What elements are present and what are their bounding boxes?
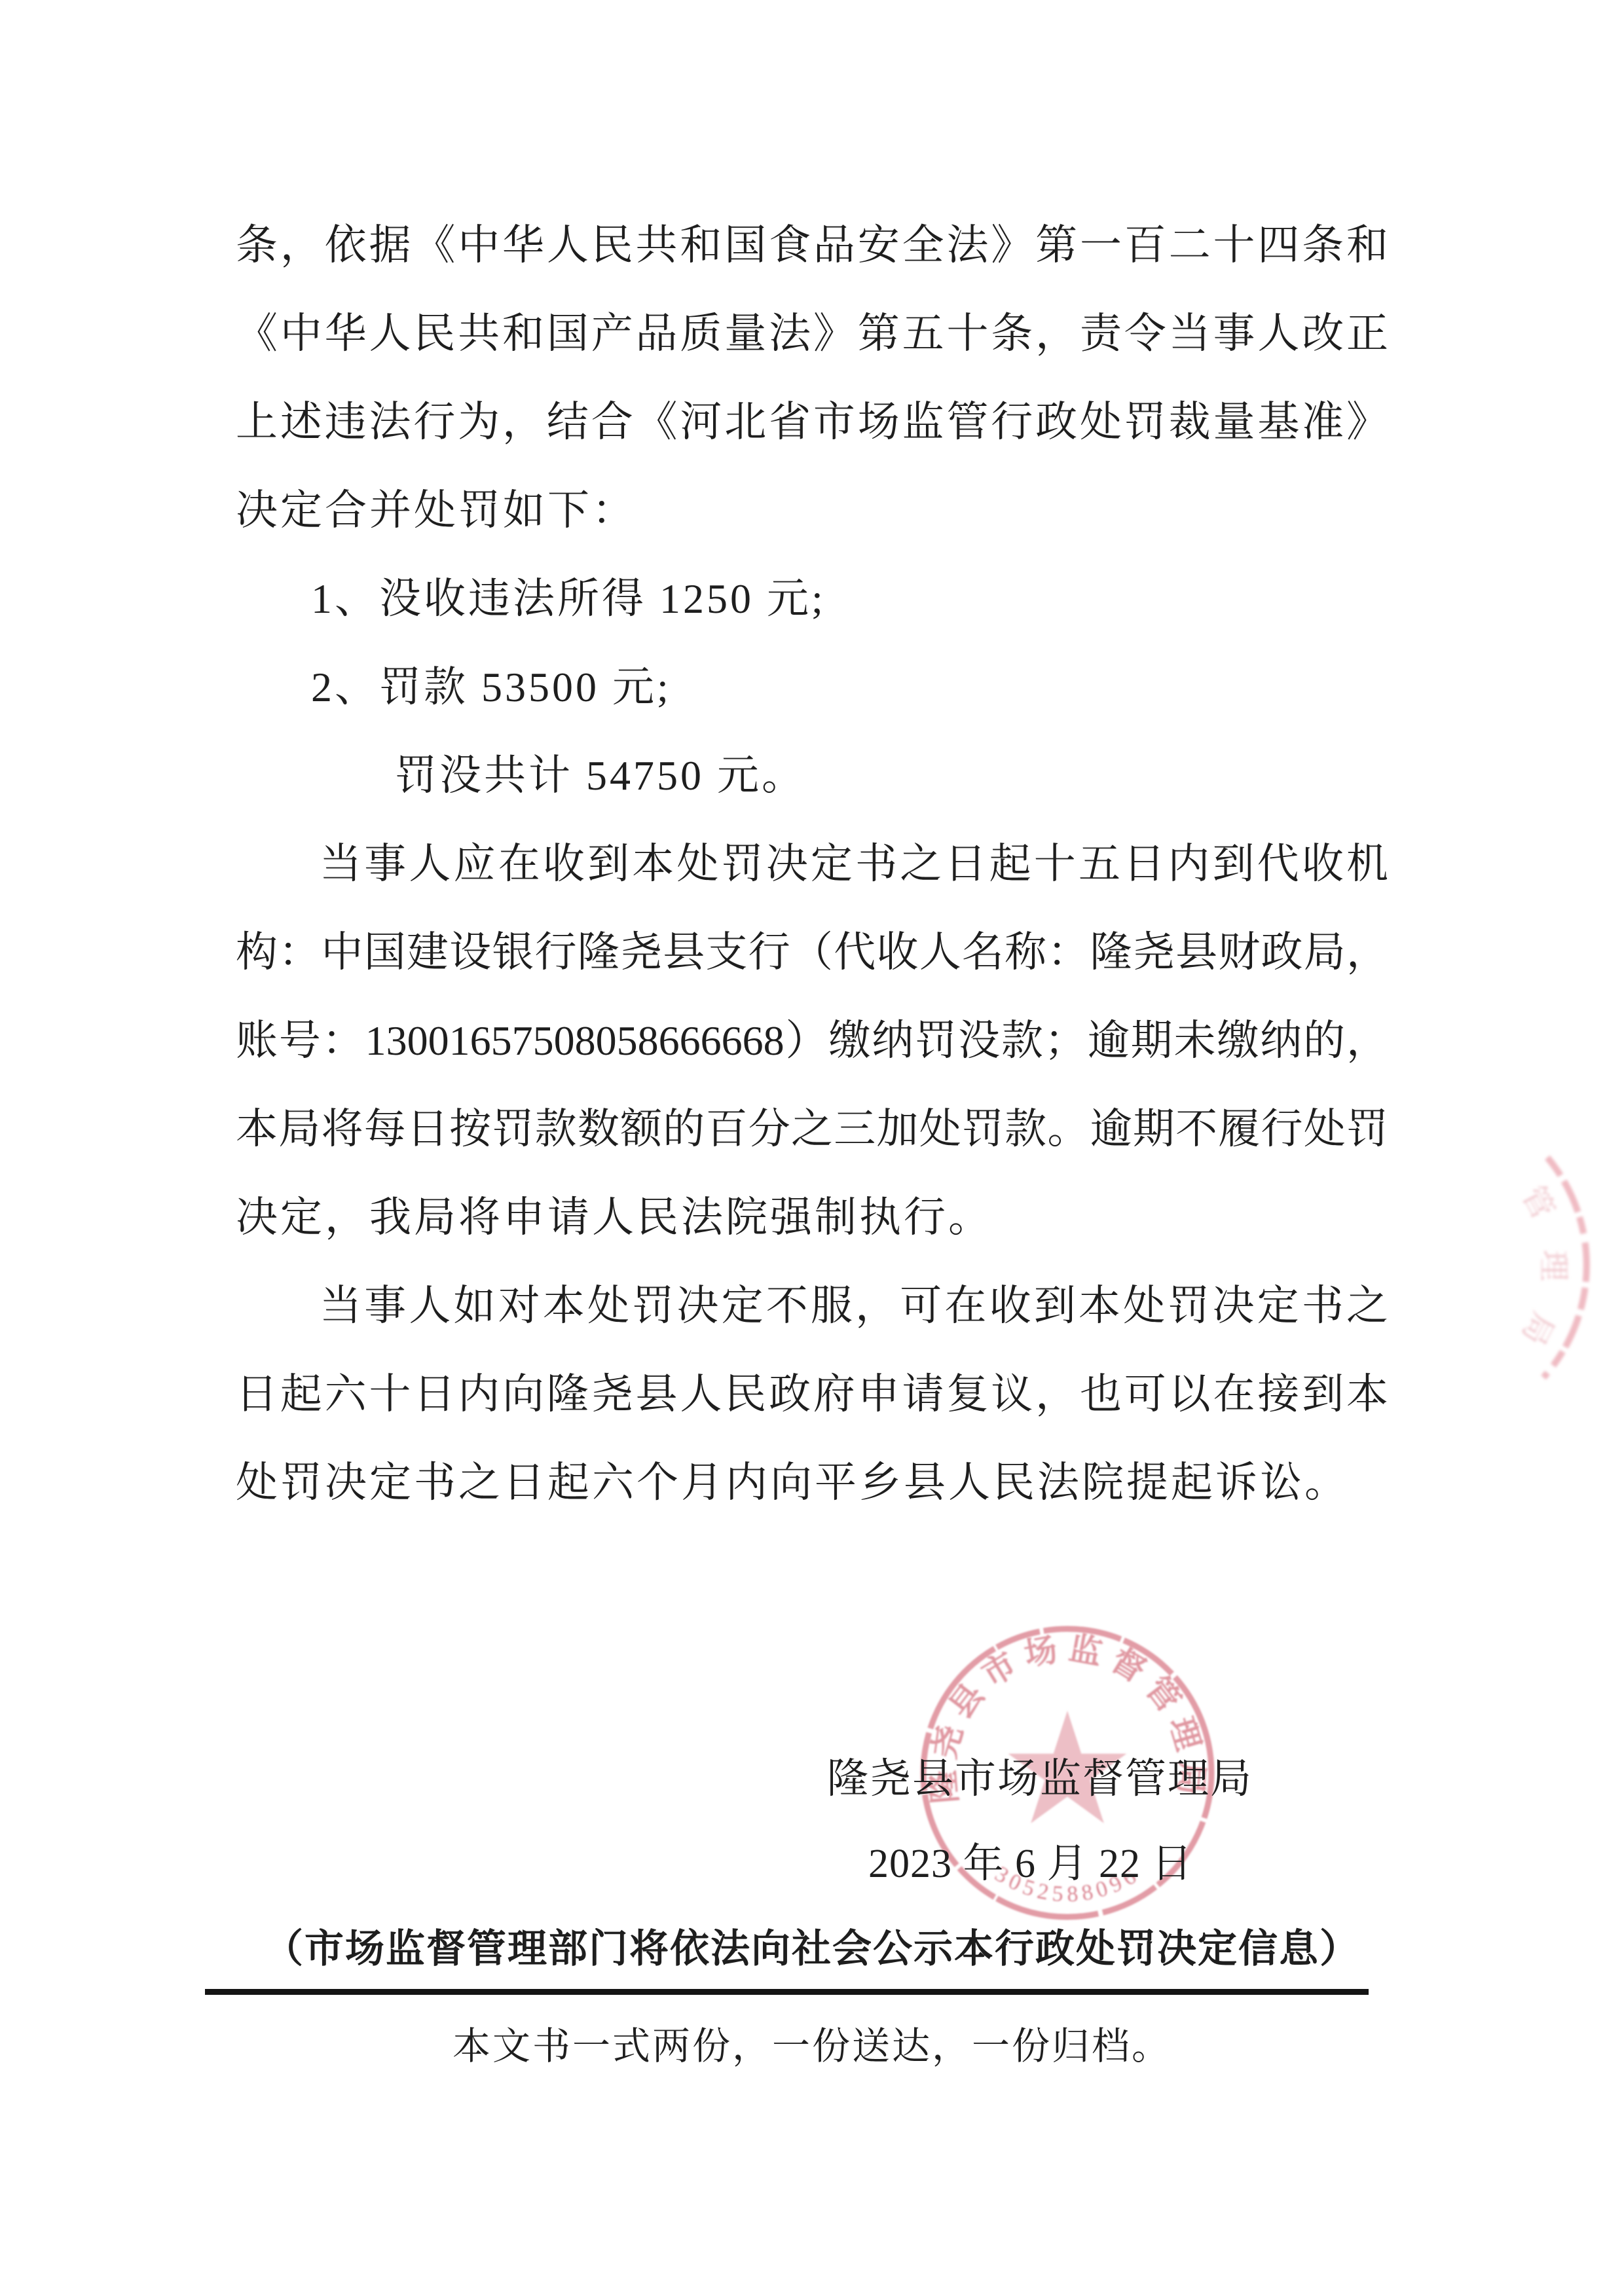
partial-seal-char-bottom: 局	[1515, 1306, 1560, 1350]
body-line: 当事人应在收到本处罚决定书之日起十五日内到代收机	[236, 820, 1388, 908]
body-line: 本局将每日按罚款数额的百分之三加处罚款。逾期不履行处罚	[236, 1085, 1388, 1173]
publicity-notice: （市场监督管理部门将依法向社会公示本行政处罚决定信息）	[0, 1905, 1624, 1994]
body-line: 处罚决定书之日起六个月内向平乡县人民法院提起诉讼。	[236, 1438, 1388, 1527]
partial-seal-fragment: 管 理 局	[1336, 1087, 1624, 1453]
body-line: 上述违法行为，结合《河北省市场监管行政处罚裁量基准》	[236, 378, 1388, 466]
body-line: 决定，我局将申请人民法院强制执行。	[236, 1173, 1388, 1262]
decision-date: 2023 年 6 月 22 日	[868, 1820, 1193, 1908]
body-line-penalty-total: 罚没共计 54750 元。	[236, 731, 1388, 820]
partial-seal-char-top: 管	[1515, 1180, 1560, 1224]
body-line-penalty-1: 1、没收违法所得 1250 元;	[236, 555, 1388, 643]
document-page: 隆尧县市场监督管理局 130525880963 管 理 局 条，依据《中华人民共…	[0, 0, 1624, 2296]
body-text: 条，依据《中华人民共和国食品安全法》第一百二十四条和 《中华人民共和国产品质量法…	[236, 201, 1388, 1527]
body-line: 《中华人民共和国产品质量法》第五十条，责令当事人改正	[236, 289, 1388, 378]
body-line: 当事人如对本处罚决定不服，可在收到本处罚决定书之	[236, 1262, 1388, 1350]
body-line: 决定合并处罚如下：	[236, 466, 1388, 555]
copies-note: 本文书一式两份，一份送达，一份归档。	[0, 2002, 1624, 2090]
body-line: 构：中国建设银行隆尧县支行（代收人名称：隆尧县财政局，	[236, 908, 1388, 996]
body-line-penalty-2: 2、罚款 53500 元;	[236, 643, 1388, 731]
agency-signature: 隆尧县市场监督管理局	[827, 1735, 1253, 1823]
partial-seal-char-mid: 理	[1536, 1250, 1571, 1281]
body-line: 日起六十日内向隆尧县人民政府申请复议，也可以在接到本	[236, 1350, 1388, 1438]
divider-rule	[205, 1989, 1369, 1995]
body-line-account: 账号：13001657508058666668）缴纳罚没款；逾期未缴纳的，	[236, 996, 1388, 1085]
body-line: 条，依据《中华人民共和国食品安全法》第一百二十四条和	[236, 201, 1388, 289]
